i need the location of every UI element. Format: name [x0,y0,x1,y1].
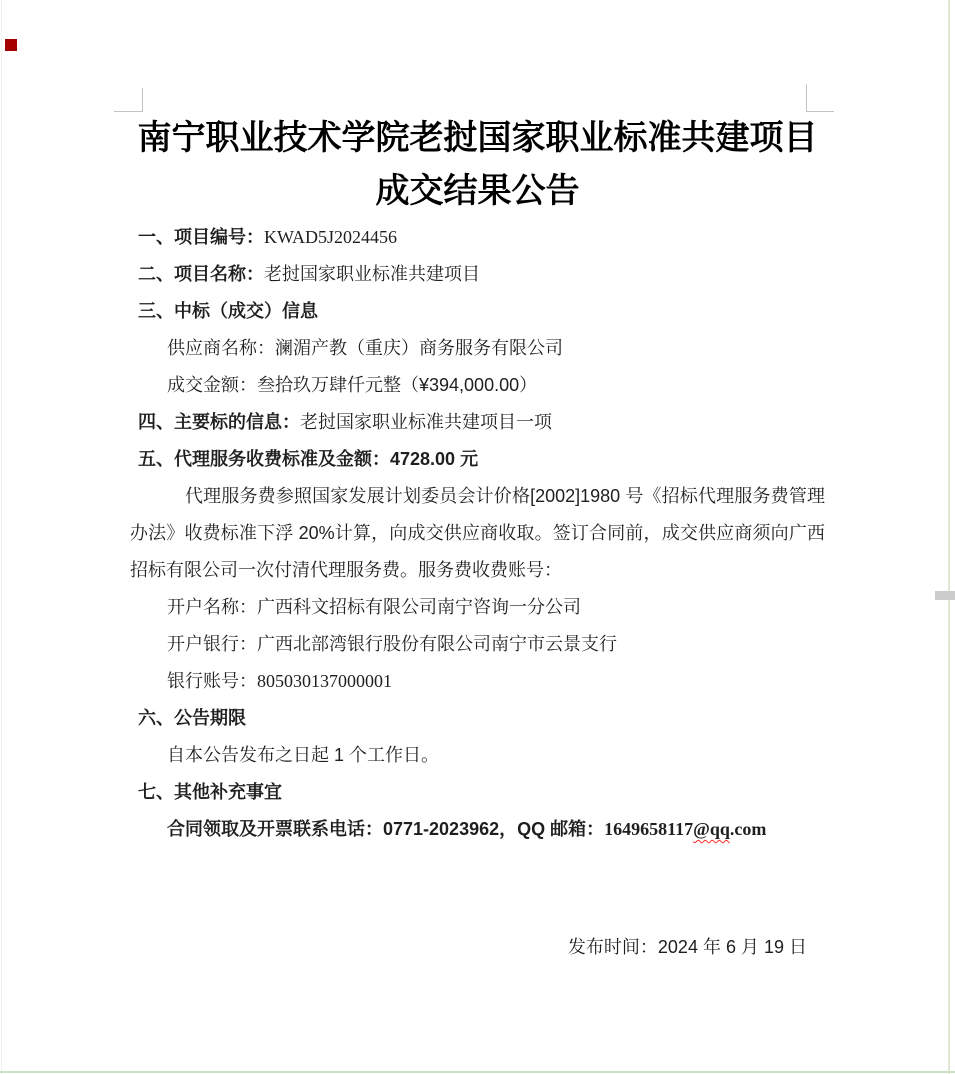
document-content: 南宁职业技术学院老挝国家职业标准共建项目 成交结果公告 一、项目编号：KWAD5… [130,112,825,966]
page-edge-line-left [1,0,2,1074]
project-name-value: 老挝国家职业标准共建项目 [264,264,480,284]
item-main-subject: 四、主要标的信息：老挝国家职业标准共建项目一项 [130,404,825,441]
contact-email-tail: .com [730,819,766,839]
corner-red-mark [5,39,17,51]
publish-date-line: 发布时间：2024 年 6 月 19 日 [130,929,825,966]
text-boundary-mark-top-right [806,84,834,112]
bank-account-label: 银行账号： [167,671,257,691]
fee-paragraph-line3: 招标有限公司一次付清代理服务费。服务费收费账号： [130,552,825,589]
item-other-matters-heading: 七、其他补充事宜 [130,774,825,811]
supplier-name-line: 供应商名称：澜湄产教（重庆）商务服务有限公司 [130,330,825,367]
page-edge-line-right [948,0,950,1074]
document-title-line2: 成交结果公告 [130,165,825,218]
item-notice-period-heading: 六、公告期限 [130,700,825,737]
text-boundary-mark-top-left [114,88,143,112]
project-number-label: 一、项目编号： [138,227,264,247]
contact-email-flagged: @qq [693,819,730,839]
contact-prefix: 合同领取及开票联系电话：0771-2023962，QQ 邮箱： [167,819,604,839]
agency-fee-label: 五、代理服务收费标准及金额： [138,449,390,469]
item-project-number: 一、项目编号：KWAD5J2024456 [130,219,825,256]
bank-account-value: 805030137000001 [257,671,392,691]
main-subject-value: 老挝国家职业标准共建项目一项 [300,412,552,432]
award-amount-line: 成交金额：叁拾玖万肆仟元整（¥394,000.00） [130,367,825,404]
fee-paragraph-line2: 办法》收费标准下浮 20%计算，向成交供应商收取。签订合同前，成交供应商须向广西… [130,515,825,552]
other-matters-label: 七、其他补充事宜 [138,782,282,802]
main-subject-label: 四、主要标的信息： [138,412,300,432]
fee-paragraph-line1: 代理服务费参照国家发展计划委员会计价格[2002]1980 号《招标代理服务费管… [130,478,825,515]
agency-fee-value: 4728.00 元 [390,449,478,469]
notice-period-line: 自本公告发布之日起 1 个工作日。 [130,737,825,774]
contact-line: 合同领取及开票联系电话：0771-2023962，QQ 邮箱：164965811… [130,811,825,848]
bank-account-line: 银行账号：805030137000001 [130,663,825,700]
page-edge-line-bottom [0,1071,955,1073]
account-name-line: 开户名称：广西科文招标有限公司南宁咨询一分公司 [130,589,825,626]
award-info-label: 三、中标（成交）信息 [138,301,318,321]
contact-email-user: 1649658117 [604,819,693,839]
bank-name-line: 开户银行：广西北部湾银行股份有限公司南宁市云景支行 [130,626,825,663]
project-number-value: KWAD5J2024456 [264,227,397,247]
announcement-page: { "colors": { "page_bg": "#ffffff", "tex… [0,0,955,1074]
item-award-info-heading: 三、中标（成交）信息 [130,293,825,330]
item-agency-fee: 五、代理服务收费标准及金额：4728.00 元 [130,441,825,478]
document-title-line1: 南宁职业技术学院老挝国家职业标准共建项目 [130,112,825,165]
scrollbar-thumb-fragment[interactable] [935,591,955,600]
notice-period-label: 六、公告期限 [138,708,246,728]
project-name-label: 二、项目名称： [138,264,264,284]
item-project-name: 二、项目名称：老挝国家职业标准共建项目 [130,256,825,293]
document-body: 一、项目编号：KWAD5J2024456 二、项目名称：老挝国家职业标准共建项目… [130,219,825,848]
